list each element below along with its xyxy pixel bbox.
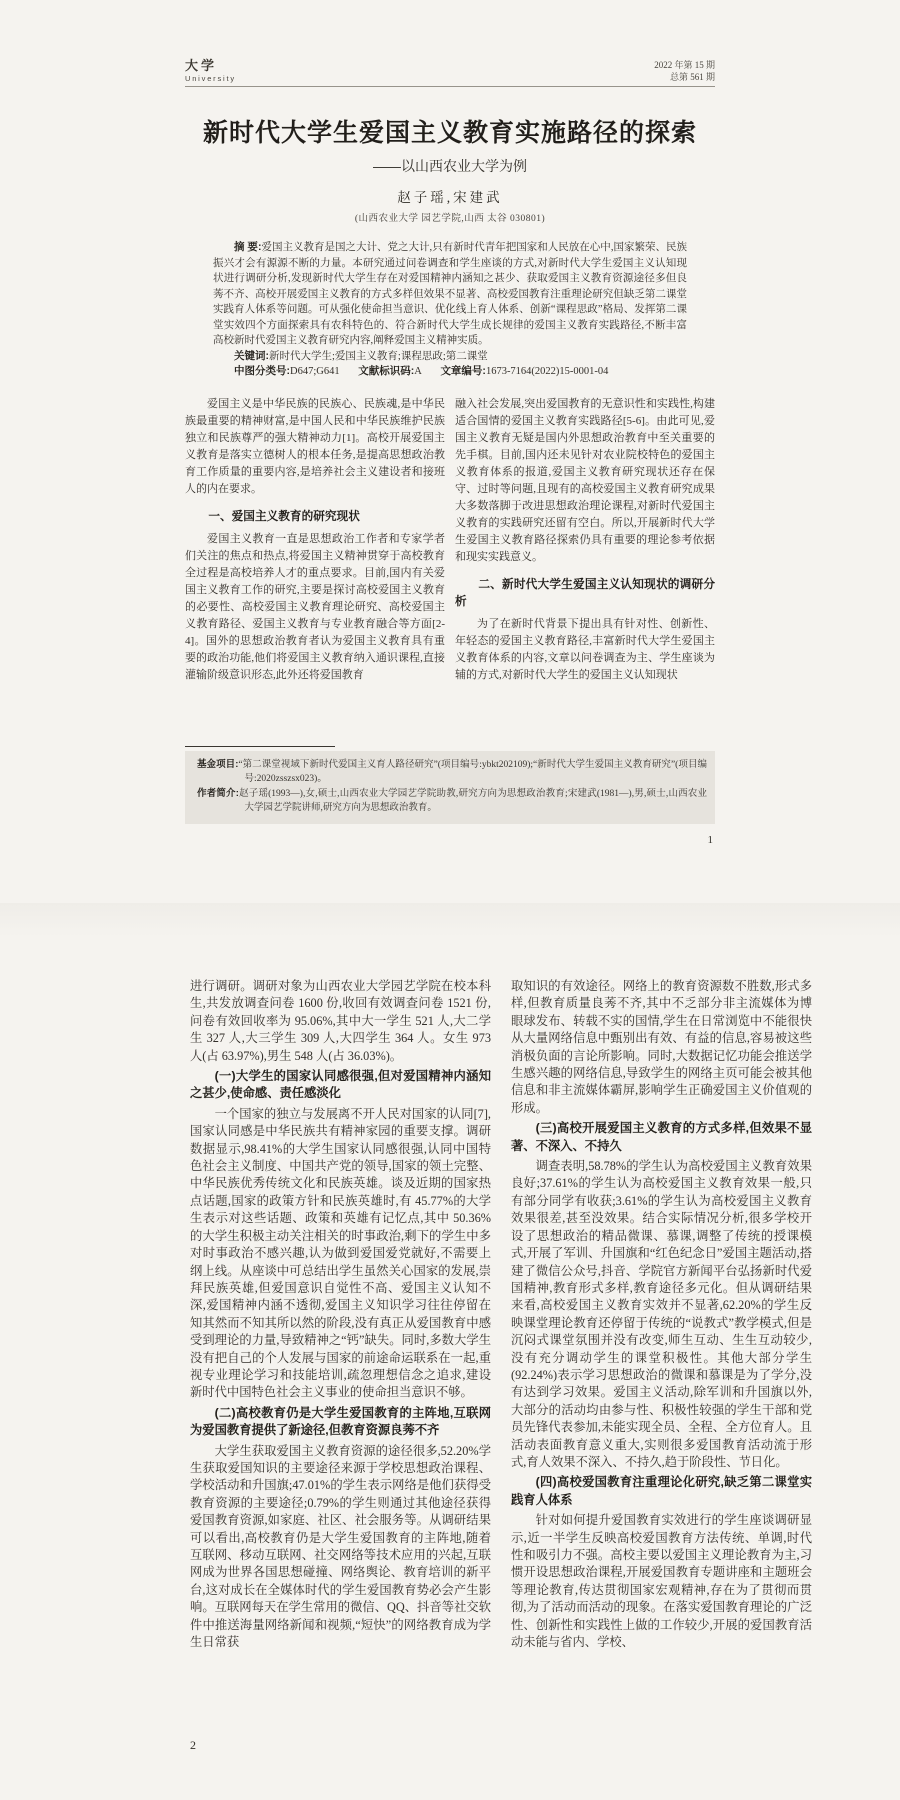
page-2-body: 进行调研。调研对象为山西农业大学园艺学院在校本科生,共发放调查问卷 1600 份… [190,978,812,1726]
body-paragraph: 针对如何提升爱国教育实效进行的学生座谈调研显示,近一半学生反映高校爱国教育方法传… [511,1512,812,1651]
page-divider [0,903,900,937]
body-paragraph: 为了在新时代背景下提出具有针对性、创新性、年轻态的爱国主义教育路径,丰富新时代大… [455,616,715,684]
journal-header: 大学 University 2022 年第 15 期 总第 561 期 [185,55,715,87]
page-number-2: 2 [190,1738,812,1753]
section-heading: 二、新时代大学生爱国主义认知现状的调研分析 [455,576,715,610]
author-bio: 作者简介:赵子瑶(1993—),女,硕士,山西农业大学园艺学院助教,研究方向为思… [197,787,707,816]
abstract-label: 摘 要: [234,241,261,253]
article-title: 新时代大学生爱国主义教育实施路径的探索 [185,113,715,149]
fund-project: 基金项目:“第二课堂视域下新时代爱国主义育人路径研究”(项目编号:ybkt202… [197,758,707,787]
keywords-text: 新时代大学生;爱国主义教育;课程思政;第二课堂 [269,351,488,362]
abstract-text: 爱国主义教育是国之大计、党之大计,只有新时代青年把国家和人民放在心中,国家繁荣、… [213,242,687,346]
footnote-separator [185,746,335,747]
page-1-body: 爱国主义是中华民族的民族心、民族魂,是中华民族最重要的精神财富,是中国人民和中华… [185,396,715,743]
journal-name-cn: 大学 [185,55,236,74]
page-1: 大学 University 2022 年第 15 期 总第 561 期 新时代大… [185,55,715,846]
article-subtitle: ——以山西农业大学为例 [185,156,715,176]
section-heading: (一)大学生的国家认同感很强,但对爱国精神内涵知之甚少,使命感、责任感淡化 [190,1068,491,1103]
body-paragraph: 进行调研。调研对象为山西农业大学园艺学院在校本科生,共发放调查问卷 1600 份… [190,978,491,1065]
bio-text: 赵子瑶(1993—),女,硕士,山西农业大学园艺学院助教,研究方向为思想政治教育… [239,789,707,814]
column-left: 爱国主义是中华民族的民族心、民族魂,是中华民族最重要的精神财富,是中国人民和中华… [185,396,445,743]
fund-label: 基金项目: [197,759,238,770]
body-paragraph: 爱国主义是中华民族的民族心、民族魂,是中华民族最重要的精神财富,是中国人民和中华… [185,396,445,498]
document-code: 文献标识码:A [358,366,422,377]
column-left: 进行调研。调研对象为山西农业大学园艺学院在校本科生,共发放调查问卷 1600 份… [190,978,491,1726]
column-right: 取知识的有效途径。网络上的教育资源数不胜数,形式多样,但教育质量良莠不齐,其中不… [511,978,812,1726]
authors: 赵子瑶,宋建武 [185,186,715,206]
journal-scan: 大学 University 2022 年第 15 期 总第 561 期 新时代大… [0,0,900,1800]
fund-text: “第二课堂视域下新时代爱国主义育人路径研究”(项目编号:ybkt202109);… [238,760,707,785]
journal-name-en: University [185,74,236,83]
journal-logo: 大学 University [185,55,236,83]
article-id: 文章编号:1673-7164(2022)15-0001-04 [440,366,608,377]
body-paragraph: 一个国家的独立与发展离不开人民对国家的认同[7],国家认同感是中华民族共有精神家… [190,1106,491,1402]
issue-info: 2022 年第 15 期 总第 561 期 [654,59,715,83]
issue-line: 2022 年第 15 期 [654,59,715,71]
clc-number: 中图分类号:D647;G641 [234,366,340,377]
section-heading: 一、爱国主义教育的研究现状 [185,508,445,525]
bio-label: 作者简介: [197,788,239,799]
footnote-block: 基金项目:“第二课堂视域下新时代爱国主义育人路径研究”(项目编号:ybkt202… [185,751,715,824]
body-paragraph: 取知识的有效途径。网络上的教育资源数不胜数,形式多样,但教育质量良莠不齐,其中不… [511,978,812,1117]
body-paragraph: 爱国主义教育一直是思想政治工作者和专家学者们关注的焦点和热点,将爱国主义精神贯穿… [185,531,445,684]
body-paragraph: 调查表明,58.78%的学生认为高校爱国主义教育效果良好;37.61%的学生认为… [511,1158,812,1471]
section-heading: (二)高校教育仍是大学生爱国教育的主阵地,互联网为爱国教育提供了新途径,但教育资… [190,1405,491,1440]
body-paragraph: 融入社会发展,突出爱国教育的无意识性和实践性,构建适合国情的爱国主义教育实践路径… [455,396,715,566]
page-number-1: 1 [185,834,715,846]
keywords-label: 关键词: [234,350,269,362]
abstract: 摘 要:爱国主义教育是国之大计、党之大计,只有新时代青年把国家和人民放在心中,国… [213,240,687,349]
page-2: 进行调研。调研对象为山西农业大学园艺学院在校本科生,共发放调查问卷 1600 份… [190,978,812,1753]
keywords: 关键词:新时代大学生;爱国主义教育;课程思政;第二课堂 [213,349,687,365]
column-right: 融入社会发展,突出爱国教育的无意识性和实践性,构建适合国情的爱国主义教育实践路径… [455,396,715,743]
section-heading: (四)高校爱国教育注重理论化研究,缺乏第二课堂实践育人体系 [511,1474,812,1509]
section-heading: (三)高校开展爱国主义教育的方式多样,但效果不显著、不深入、不持久 [511,1120,812,1155]
issue-line: 总第 561 期 [654,71,715,83]
body-paragraph: 大学生获取爱国主义教育资源的途径很多,52.20%学生获取爱国知识的主要途径来源… [190,1443,491,1652]
affiliation: (山西农业大学 园艺学院,山西 太谷 030801) [185,210,715,224]
abstract-block: 摘 要:爱国主义教育是国之大计、党之大计,只有新时代青年把国家和人民放在心中,国… [213,240,687,380]
article-meta: 中图分类号:D647;G641 文献标识码:A 文章编号:1673-7164(2… [213,364,687,380]
